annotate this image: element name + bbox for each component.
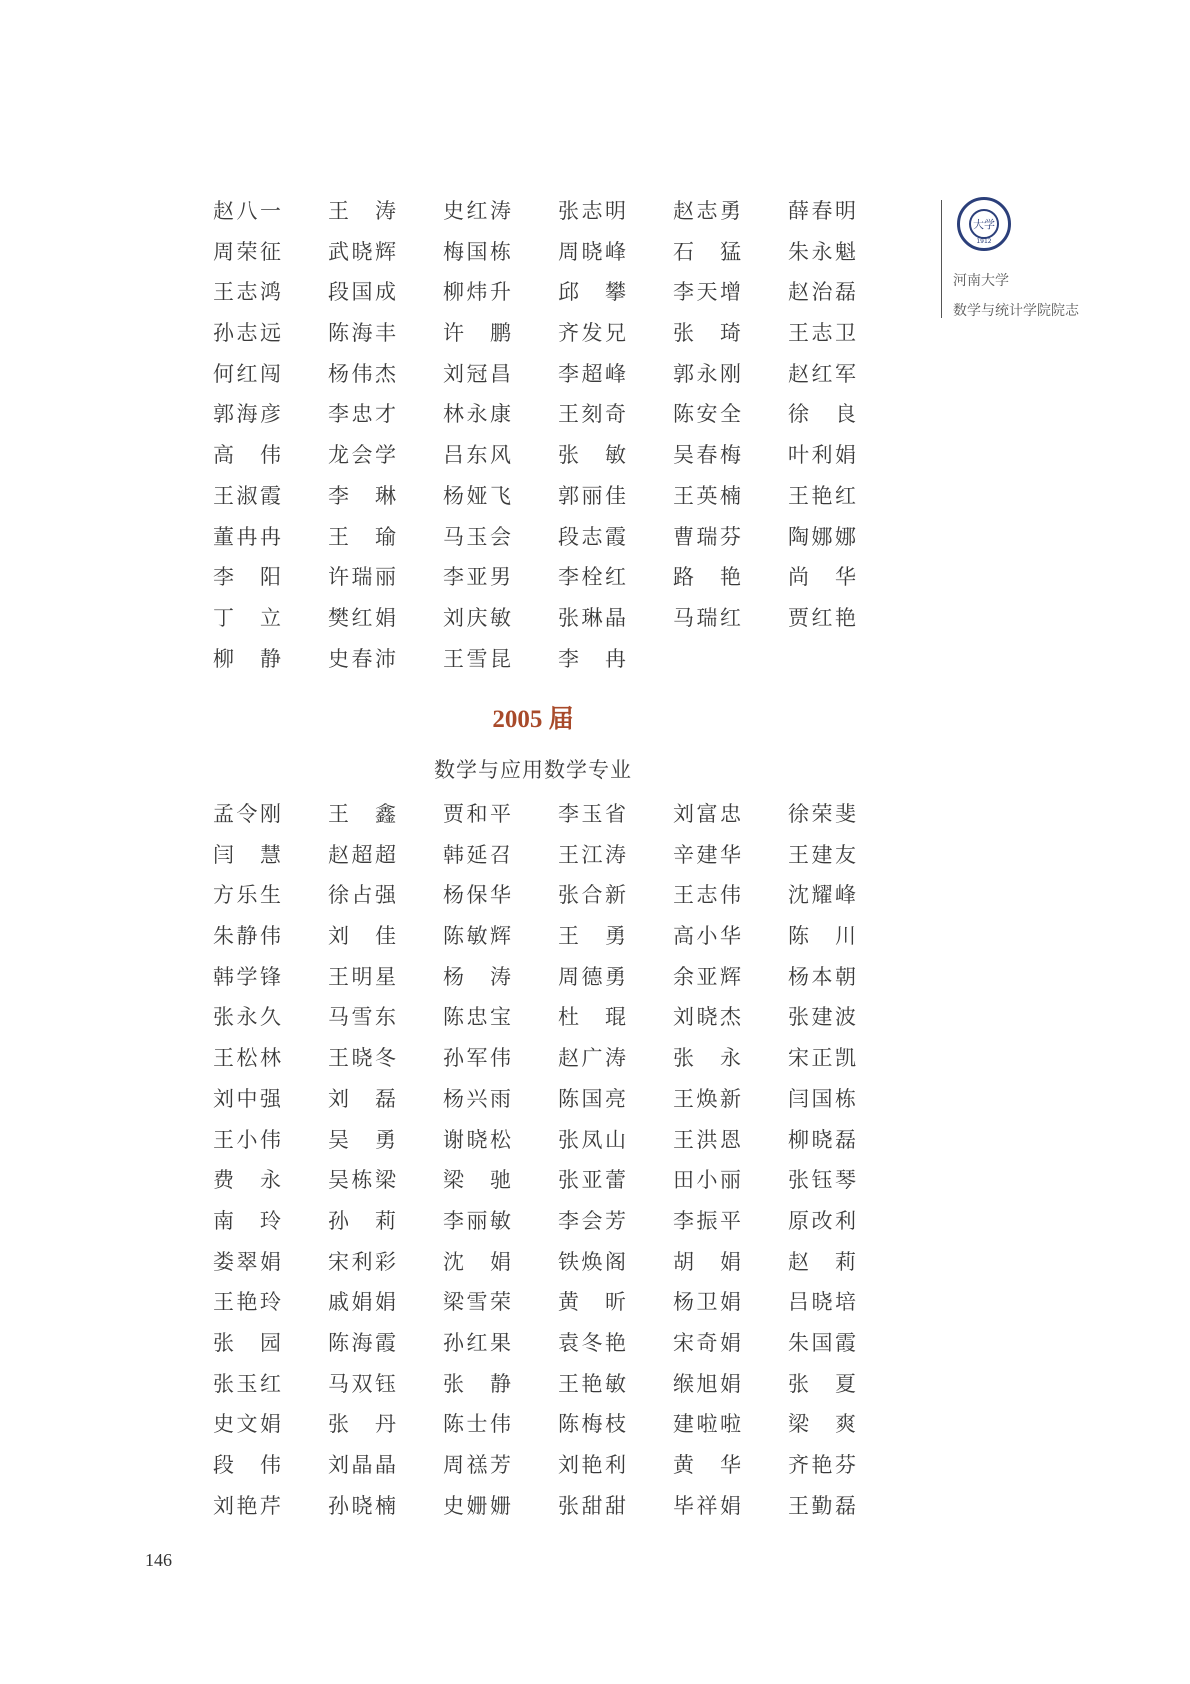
name-entry: 孟令刚	[213, 794, 281, 835]
name-entry: 刘艳芹	[213, 1486, 281, 1527]
name-entry: 赵志勇	[673, 191, 741, 232]
name-entry: 王志卫	[788, 313, 856, 354]
name-entry: 郭永刚	[673, 354, 741, 395]
name-entry: 许瑞丽	[328, 557, 396, 598]
name-row: 赵八一王涛史红涛张志明赵志勇薛春明	[213, 191, 913, 232]
name-row: 费永吴栋梁梁驰张亚蕾田小丽张钰琴	[213, 1160, 913, 1201]
name-entry: 王雪昆	[443, 639, 511, 680]
name-entry: 郭丽佳	[558, 476, 626, 517]
name-entry: 建啦啦	[673, 1404, 741, 1445]
name-entry: 龙会学	[328, 435, 396, 476]
name-entry: 杨卫娟	[673, 1282, 741, 1323]
name-entry: 张琦	[673, 313, 741, 354]
name-entry: 李振平	[673, 1201, 741, 1242]
name-entry: 孙军伟	[443, 1038, 511, 1079]
name-entry: 王艳敏	[558, 1364, 626, 1405]
name-entry: 武晓辉	[328, 232, 396, 273]
name-entry: 辛建华	[673, 835, 741, 876]
name-entry: 柳晓磊	[788, 1120, 856, 1161]
name-entry: 杨兴雨	[443, 1079, 511, 1120]
name-entry: 刘庆敏	[443, 598, 511, 639]
name-entry: 张玉红	[213, 1364, 281, 1405]
name-entry: 柳静	[213, 639, 281, 680]
name-entry: 杨涛	[443, 957, 511, 998]
name-entry: 刘晶晶	[328, 1445, 396, 1486]
name-entry: 朱静伟	[213, 916, 281, 957]
name-entry: 段国成	[328, 272, 396, 313]
name-row: 董冉冉王瑜马玉会段志霞曹瑞芬陶娜娜	[213, 517, 913, 558]
name-entry: 朱永魁	[788, 232, 856, 273]
name-row: 王小伟吴勇谢晓松张凤山王洪恩柳晓磊	[213, 1120, 913, 1161]
name-entry: 张丹	[328, 1404, 396, 1445]
name-entry: 吴春梅	[673, 435, 741, 476]
name-row: 李阳许瑞丽李亚男李栓红路艳尚华	[213, 557, 913, 598]
name-entry: 杨保华	[443, 875, 511, 916]
name-entry: 吕晓培	[788, 1282, 856, 1323]
name-entry: 宋奇娟	[673, 1323, 741, 1364]
name-entry: 李阳	[213, 557, 281, 598]
name-entry: 杨娅飞	[443, 476, 511, 517]
name-entry: 孙晓楠	[328, 1486, 396, 1527]
name-entry: 尚华	[788, 557, 856, 598]
name-entry: 王晓冬	[328, 1038, 396, 1079]
name-entry: 王勤磊	[788, 1486, 856, 1527]
name-entry: 马玉会	[443, 517, 511, 558]
name-row: 张园陈海霞孙红果袁冬艳宋奇娟朱国霞	[213, 1323, 913, 1364]
name-row: 段伟刘晶晶周禚芳刘艳利黄华齐艳芬	[213, 1445, 913, 1486]
name-entry: 张园	[213, 1323, 281, 1364]
name-entry: 陈敏辉	[443, 916, 511, 957]
name-entry: 铁焕阁	[558, 1242, 626, 1283]
name-entry: 沈耀峰	[788, 875, 856, 916]
name-entry: 董冉冉	[213, 517, 281, 558]
name-entry: 刘晓杰	[673, 997, 741, 1038]
henan-university-seal-icon: 大学	[969, 209, 999, 239]
name-entry: 李亚男	[443, 557, 511, 598]
section-subtitle-major: 数学与应用数学专业	[0, 752, 1066, 788]
name-entry: 王焕新	[673, 1079, 741, 1120]
name-entry: 陈安全	[673, 394, 741, 435]
name-entry: 曹瑞芬	[673, 517, 741, 558]
name-entry: 陈海丰	[328, 313, 396, 354]
name-entry: 孙红果	[443, 1323, 511, 1364]
name-entry: 李丽敏	[443, 1201, 511, 1242]
name-entry: 方乐生	[213, 875, 281, 916]
name-entry: 刘磊	[328, 1079, 396, 1120]
name-row: 高伟龙会学吕东风张敏吴春梅叶利娟	[213, 435, 913, 476]
name-entry: 王勇	[558, 916, 626, 957]
name-row: 刘中强刘磊杨兴雨陈国亮王焕新闫国栋	[213, 1079, 913, 1120]
name-entry: 史红涛	[443, 191, 511, 232]
name-entry: 薛春明	[788, 191, 856, 232]
name-entry: 宋利彩	[328, 1242, 396, 1283]
name-row: 张永久马雪东陈忠宝杜琨刘晓杰张建波	[213, 997, 913, 1038]
section-heading-2005: 2005 届	[0, 700, 1066, 740]
name-entry: 张静	[443, 1364, 511, 1405]
name-entry: 李玉省	[558, 794, 626, 835]
logo-year: 1912	[960, 238, 1008, 245]
name-entry: 徐荣斐	[788, 794, 856, 835]
name-row: 闫慧赵超超韩延召王江涛辛建华王建友	[213, 835, 913, 876]
name-entry: 李栓红	[558, 557, 626, 598]
name-row: 史文娟张丹陈士伟陈梅枝建啦啦梁爽	[213, 1404, 913, 1445]
name-entry: 王明星	[328, 957, 396, 998]
name-row: 王松林王晓冬孙军伟赵广涛张永宋正凯	[213, 1038, 913, 1079]
name-row: 周荣征武晓辉梅国栋周晓峰石猛朱永魁	[213, 232, 913, 273]
name-entry: 高伟	[213, 435, 281, 476]
name-entry: 闫慧	[213, 835, 281, 876]
name-entry: 刘冠昌	[443, 354, 511, 395]
name-entry: 张亚蕾	[558, 1160, 626, 1201]
name-entry: 贾和平	[443, 794, 511, 835]
name-entry: 张敏	[558, 435, 626, 476]
name-entry: 陈士伟	[443, 1404, 511, 1445]
name-entry: 黄昕	[558, 1282, 626, 1323]
name-entry: 沈娟	[443, 1242, 511, 1283]
name-row: 孙志远陈海丰许鹏齐发兄张琦王志卫	[213, 313, 913, 354]
name-row: 丁立樊红娟刘庆敏张琳晶马瑞红贾红艳	[213, 598, 913, 639]
sidebar-divider	[941, 200, 942, 318]
name-entry: 周禚芳	[443, 1445, 511, 1486]
name-entry: 费永	[213, 1160, 281, 1201]
name-row: 南玲孙莉李丽敏李会芳李振平原改利	[213, 1201, 913, 1242]
name-entry: 陶娜娜	[788, 517, 856, 558]
name-entry: 张琳晶	[558, 598, 626, 639]
name-entry: 刘富忠	[673, 794, 741, 835]
name-entry: 谢晓松	[443, 1120, 511, 1161]
name-row: 柳静史春沛王雪昆李冉	[213, 639, 913, 680]
name-entry: 赵广涛	[558, 1038, 626, 1079]
name-entry: 齐艳芬	[788, 1445, 856, 1486]
name-entry: 马瑞红	[673, 598, 741, 639]
name-entry: 梁雪荣	[443, 1282, 511, 1323]
name-entry: 林永康	[443, 394, 511, 435]
name-entry: 李超峰	[558, 354, 626, 395]
name-entry: 丁立	[213, 598, 281, 639]
name-entry: 杨伟杰	[328, 354, 396, 395]
name-entry: 梁驰	[443, 1160, 511, 1201]
name-entry: 宋正凯	[788, 1038, 856, 1079]
name-entry: 孙志远	[213, 313, 281, 354]
name-list-block-1: 赵八一王涛史红涛张志明赵志勇薛春明周荣征武晓辉梅国栋周晓峰石猛朱永魁王志鸿段国成…	[213, 191, 913, 679]
name-entry: 齐发兄	[558, 313, 626, 354]
name-entry: 周德勇	[558, 957, 626, 998]
name-row: 王艳玲戚娟娟梁雪荣黄昕杨卫娟吕晓培	[213, 1282, 913, 1323]
name-entry: 张永久	[213, 997, 281, 1038]
name-entry: 王志伟	[673, 875, 741, 916]
name-row: 刘艳芹孙晓楠史姗姗张甜甜毕祥娟王勤磊	[213, 1486, 913, 1527]
name-entry: 王英楠	[673, 476, 741, 517]
name-entry: 史文娟	[213, 1404, 281, 1445]
name-entry: 周荣征	[213, 232, 281, 273]
name-entry: 陈海霞	[328, 1323, 396, 1364]
name-entry: 刘艳利	[558, 1445, 626, 1486]
name-entry: 张夏	[788, 1364, 856, 1405]
name-entry: 余亚辉	[673, 957, 741, 998]
sidebar-university-name: 河南大学	[953, 270, 1009, 290]
name-row: 郭海彦李忠才林永康王刻奇陈安全徐良	[213, 394, 913, 435]
name-entry: 李冉	[558, 639, 626, 680]
name-entry: 王刻奇	[558, 394, 626, 435]
name-entry: 南玲	[213, 1201, 281, 1242]
name-entry: 何红闯	[213, 354, 281, 395]
name-entry: 杨本朝	[788, 957, 856, 998]
name-entry: 王建友	[788, 835, 856, 876]
name-entry: 王松林	[213, 1038, 281, 1079]
name-entry: 吴勇	[328, 1120, 396, 1161]
name-list-block-2005: 孟令刚王鑫贾和平李玉省刘富忠徐荣斐闫慧赵超超韩延召王江涛辛建华王建友方乐生徐占强…	[213, 794, 913, 1526]
name-entry: 徐占强	[328, 875, 396, 916]
name-entry: 李忠才	[328, 394, 396, 435]
name-entry: 高小华	[673, 916, 741, 957]
name-entry: 王洪恩	[673, 1120, 741, 1161]
name-row: 方乐生徐占强杨保华张合新王志伟沈耀峰	[213, 875, 913, 916]
name-entry: 陈国亮	[558, 1079, 626, 1120]
name-row: 韩学锋王明星杨涛周德勇余亚辉杨本朝	[213, 957, 913, 998]
name-entry: 陈忠宝	[443, 997, 511, 1038]
name-row: 张玉红马双钰张静王艳敏缑旭娟张夏	[213, 1364, 913, 1405]
name-entry: 吕东风	[443, 435, 511, 476]
name-entry: 朱国霞	[788, 1323, 856, 1364]
name-entry: 胡娟	[673, 1242, 741, 1283]
name-entry: 樊红娟	[328, 598, 396, 639]
name-entry: 原改利	[788, 1201, 856, 1242]
name-entry: 张合新	[558, 875, 626, 916]
name-entry: 黄华	[673, 1445, 741, 1486]
name-entry: 梁爽	[788, 1404, 856, 1445]
name-entry: 田小丽	[673, 1160, 741, 1201]
name-entry: 缑旭娟	[673, 1364, 741, 1405]
name-entry: 张志明	[558, 191, 626, 232]
name-entry: 段伟	[213, 1445, 281, 1486]
name-entry: 王瑜	[328, 517, 396, 558]
name-entry: 史姗姗	[443, 1486, 511, 1527]
name-entry: 王涛	[328, 191, 396, 232]
name-entry: 李会芳	[558, 1201, 626, 1242]
name-entry: 马雪东	[328, 997, 396, 1038]
name-entry: 赵超超	[328, 835, 396, 876]
name-entry: 孙莉	[328, 1201, 396, 1242]
name-entry: 赵红军	[788, 354, 856, 395]
name-entry: 张凤山	[558, 1120, 626, 1161]
name-entry: 韩延召	[443, 835, 511, 876]
name-entry: 柳炜升	[443, 272, 511, 313]
university-logo: 大学 1912	[957, 197, 1011, 251]
name-entry: 陈梅枝	[558, 1404, 626, 1445]
name-row: 王志鸿段国成柳炜升邱攀李天增赵治磊	[213, 272, 913, 313]
name-entry: 郭海彦	[213, 394, 281, 435]
name-entry: 贾红艳	[788, 598, 856, 639]
name-entry: 杜琨	[558, 997, 626, 1038]
name-entry: 梅国栋	[443, 232, 511, 273]
name-entry: 王淑霞	[213, 476, 281, 517]
name-entry: 张甜甜	[558, 1486, 626, 1527]
name-entry: 毕祥娟	[673, 1486, 741, 1527]
name-entry: 王艳红	[788, 476, 856, 517]
name-entry: 李天增	[673, 272, 741, 313]
name-entry: 赵莉	[788, 1242, 856, 1283]
name-row: 娄翠娟宋利彩沈娟铁焕阁胡娟赵莉	[213, 1242, 913, 1283]
name-entry: 王小伟	[213, 1120, 281, 1161]
name-entry: 赵治磊	[788, 272, 856, 313]
name-entry: 段志霞	[558, 517, 626, 558]
name-entry: 周晓峰	[558, 232, 626, 273]
name-entry: 张永	[673, 1038, 741, 1079]
name-entry: 闫国栋	[788, 1079, 856, 1120]
name-entry: 赵八一	[213, 191, 281, 232]
name-entry: 王江涛	[558, 835, 626, 876]
name-entry: 石猛	[673, 232, 741, 273]
name-entry: 路艳	[673, 557, 741, 598]
name-entry: 刘中强	[213, 1079, 281, 1120]
name-entry: 吴栋梁	[328, 1160, 396, 1201]
name-row: 孟令刚王鑫贾和平李玉省刘富忠徐荣斐	[213, 794, 913, 835]
name-entry: 袁冬艳	[558, 1323, 626, 1364]
name-entry: 徐良	[788, 394, 856, 435]
page-number: 146	[145, 1550, 172, 1571]
name-entry: 邱攀	[558, 272, 626, 313]
name-row: 王淑霞李琳杨娅飞郭丽佳王英楠王艳红	[213, 476, 913, 517]
name-entry: 刘佳	[328, 916, 396, 957]
name-entry: 许鹏	[443, 313, 511, 354]
name-entry: 戚娟娟	[328, 1282, 396, 1323]
name-entry: 王鑫	[328, 794, 396, 835]
name-entry: 马双钰	[328, 1364, 396, 1405]
name-entry: 王志鸿	[213, 272, 281, 313]
name-entry: 李琳	[328, 476, 396, 517]
name-entry: 张建波	[788, 997, 856, 1038]
name-entry: 娄翠娟	[213, 1242, 281, 1283]
name-entry: 张钰琴	[788, 1160, 856, 1201]
name-entry: 史春沛	[328, 639, 396, 680]
name-row: 朱静伟刘佳陈敏辉王勇高小华陈川	[213, 916, 913, 957]
sidebar-book-title: 数学与统计学院院志	[953, 300, 1079, 320]
name-row: 何红闯杨伟杰刘冠昌李超峰郭永刚赵红军	[213, 354, 913, 395]
name-entry: 韩学锋	[213, 957, 281, 998]
name-entry: 陈川	[788, 916, 856, 957]
name-entry: 王艳玲	[213, 1282, 281, 1323]
name-entry: 叶利娟	[788, 435, 856, 476]
